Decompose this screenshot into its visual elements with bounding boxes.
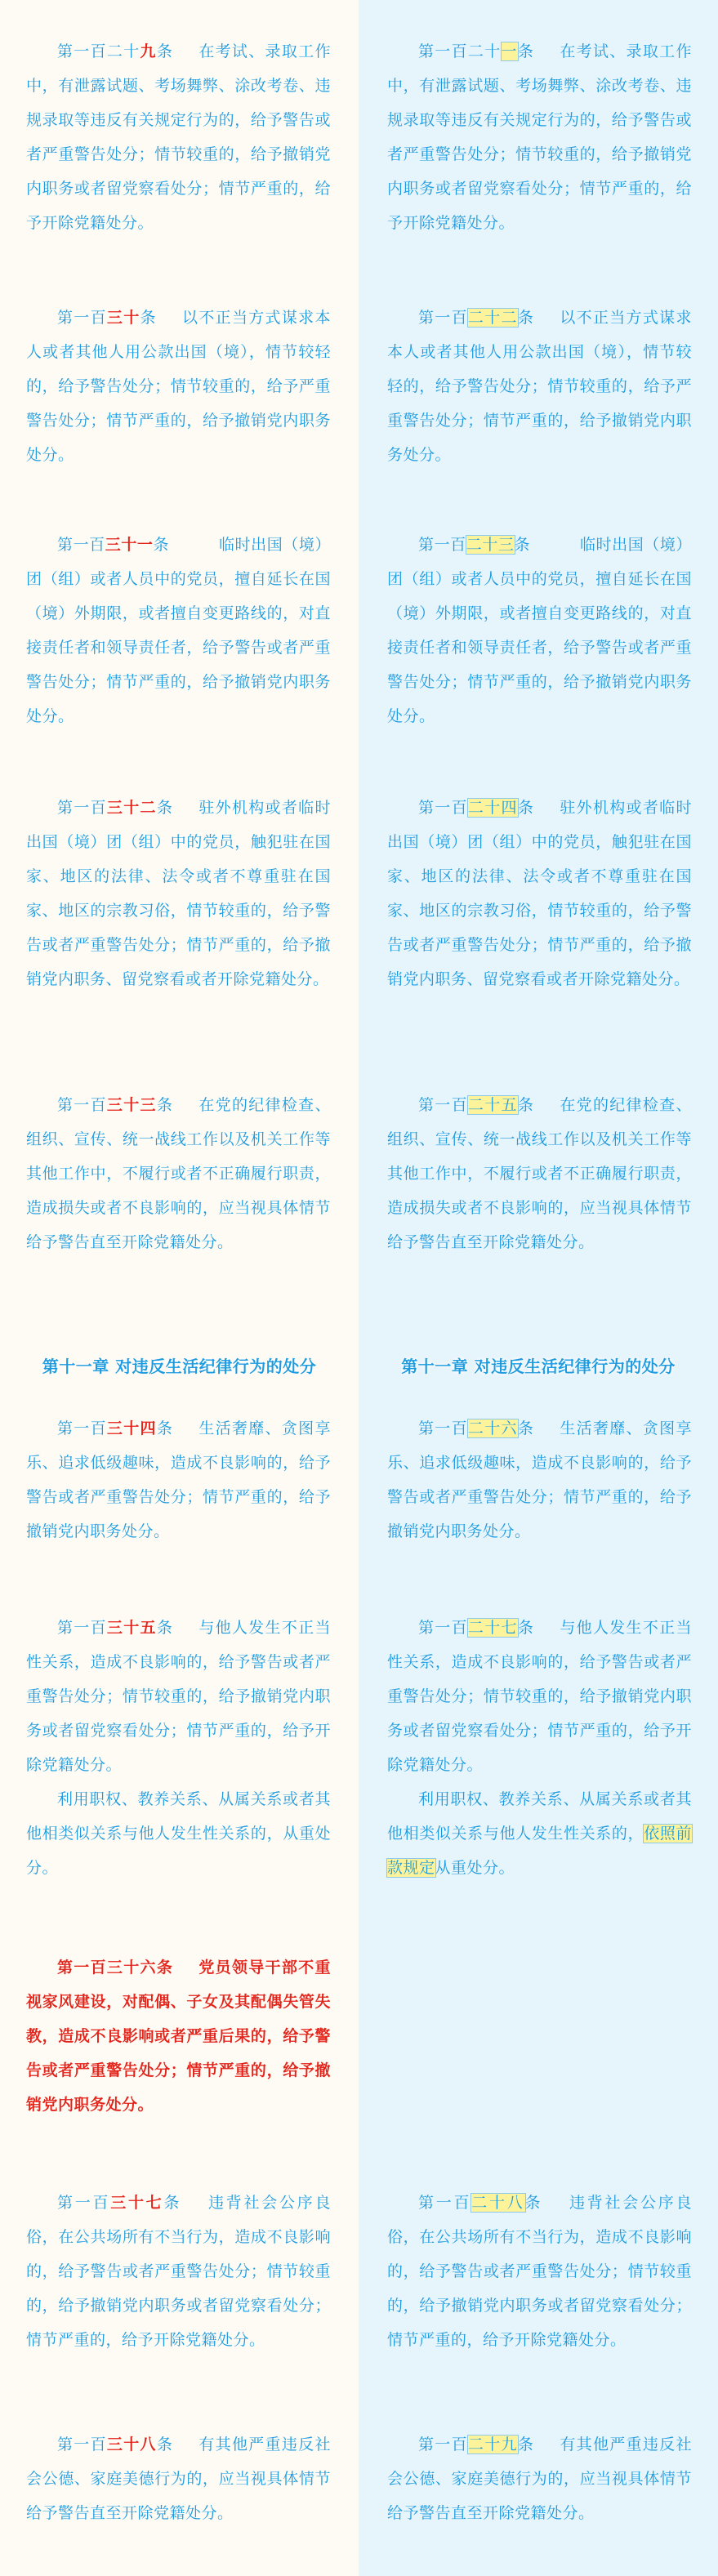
highlighted-number: 二十九 [468, 2436, 518, 2453]
article-body: 正当性关系，造成不良影响的，给予警告或者严重警告处分；情节较重的，给予撤销党内职… [387, 1619, 692, 1774]
changed-number: 三十一 [105, 536, 154, 554]
article-133: 第一百三十三条在党的纪律检查、组织、宣传、统一战线工作以及机关工作等其他工作中，… [26, 1088, 331, 1259]
article-body: 良俗，在公共场所有不当行为，造成不良影响的，给予警告或者严重警告处分；情节较重的… [26, 2194, 331, 2349]
left-column-new-version: 第一百二十九条在考试、录取工作中，有泄露试题、考场舞弊、涂改考卷、违规录取等违反… [0, 0, 359, 2576]
changed-number: 三十四 [107, 1419, 157, 1437]
changed-number: 三十 [107, 309, 140, 327]
article-128: 第一百二十八条违背社会公序良俗，在公共场所有不当行为，造成不良影响的，给予警告或… [387, 2186, 692, 2357]
article-body: 不重视家风建设，对配偶、子女及其配偶失管失教，造成不良影响或者严重后果的，给予警… [26, 1959, 331, 2114]
article-number: 第一百二十九条 [418, 2436, 534, 2453]
article-124: 第一百二十四条驻外机构或者临时出国（境）团（组）中的党员，触犯驻在国家、地区的法… [387, 791, 692, 996]
article-body: 临时出国（境）团（组）中的党员，触犯驻在国家、地区的法律、法令或者不尊重驻在国家… [387, 799, 692, 988]
changed-number: 三十五 [107, 1619, 157, 1637]
highlighted-number: 二十五 [468, 1096, 518, 1114]
article-129: 第一百二十九条在考试、录取工作中，有泄露试题、考场舞弊、涂改考卷、违规录取等违反… [26, 34, 331, 240]
chapter-title: 第十一章 对违反生活纪律行为的处分 [359, 1354, 718, 1379]
article-body: 求本人或者其他人用公款出国（境），情节较轻的，给予警告处分；情节较重的，给予严重… [26, 309, 331, 464]
article-number: 第一百二十七条 [418, 1619, 534, 1637]
article-130: 第一百三十条以不正当方式谋求本人或者其他人用公款出国（境），情节较轻的，给予警告… [26, 301, 331, 472]
article-number: 第一百二十一条 [418, 42, 534, 60]
changed-number: 三十三 [107, 1096, 157, 1114]
article-127-extra: 利用职权、教养关系、从属关系或者其他相类似关系与他人发生性关系的，依照前款规定从… [387, 1782, 692, 1885]
article-number: 第一百三十四条 [57, 1419, 173, 1437]
chapter-title: 第十一章 对违反生活纪律行为的处分 [0, 1354, 359, 1379]
article-body: 图享乐、追求低级趣味，造成不良影响的，给予警告或者严重警告处分；情节严重的，给予… [387, 1419, 692, 1540]
comparison-page: 第一百二十九条在考试、录取工作中，有泄露试题、考场舞弊、涂改考卷、违规录取等违反… [0, 0, 718, 2576]
article-127: 第一百二十七条与他人发生不正当性关系，造成不良影响的，给予警告或者严重警告处分；… [387, 1611, 692, 1885]
article-131: 第一百三十一条临时出国（境）团（组）或者人员中的党员，擅自延长在国（境）外期限，… [26, 528, 331, 733]
article-body: 正当性关系，造成不良影响的，给予警告或者严重警告处分；情节较重的，给予撤销党内职… [26, 1619, 331, 1774]
article-number: 第一百三十三条 [57, 1096, 173, 1114]
highlighted-number: 一 [502, 42, 518, 60]
article-body: 图享乐、追求低级趣味，造成不良影响的，给予警告或者严重警告处分；情节严重的，给予… [26, 1419, 331, 1540]
article-132: 第一百三十二条驻外机构或者临时出国（境）团（组）中的党员，触犯驻在国家、地区的法… [26, 791, 331, 996]
article-125: 第一百二十五条在党的纪律检查、组织、宣传、统一战线工作以及机关工作等其他工作中，… [387, 1088, 692, 1259]
article-number: 第一百三十七条 [57, 2194, 181, 2212]
article-121: 第一百二十一条在考试、录取工作中，有泄露试题、考场舞弊、涂改考卷、违规录取等违反… [387, 34, 692, 240]
article-body: （境）团（组）或者人员中的党员，擅自延长在国（境）外期限，或者擅自变更路线的，对… [26, 536, 331, 725]
article-number: 第一百三十二条 [57, 799, 173, 817]
article-number: 第一百二十三条 [418, 536, 530, 554]
article-number: 第一百三十八条 [57, 2436, 173, 2453]
article-137: 第一百三十七条违背社会公序良俗，在公共场所有不当行为，造成不良影响的，给予警告或… [26, 2186, 331, 2357]
article-136-new: 第一百三十六条党员领导干部不重视家风建设，对配偶、子女及其配偶失管失教，造成不良… [26, 1950, 331, 2122]
highlighted-number: 二十六 [468, 1419, 518, 1437]
changed-number: 三十八 [107, 2436, 157, 2453]
changed-number: 九 [140, 42, 157, 60]
highlighted-number: 二十二 [468, 309, 518, 327]
highlighted-number: 二十八 [471, 2194, 524, 2212]
article-body: 良俗，在公共场所有不当行为，造成不良影响的，给予警告或者严重警告处分；情节较重的… [387, 2194, 692, 2349]
article-body: 临时出国（境）团（组）中的党员，触犯驻在国家、地区的法律、法令或者不尊重驻在国家… [26, 799, 331, 988]
article-number: 第一百三十六条 [57, 1959, 173, 1977]
right-column-old-version: 第一百二十一条在考试、录取工作中，有泄露试题、考场舞弊、涂改考卷、违规录取等违反… [359, 0, 718, 2576]
changed-number: 三十七 [110, 2194, 163, 2212]
article-number: 第一百二十五条 [418, 1096, 534, 1114]
article-126: 第一百二十六条生活奢靡、贪图享乐、追求低级趣味，造成不良影响的，给予警告或者严重… [387, 1411, 692, 1549]
article-135: 第一百三十五条与他人发生不正当性关系，造成不良影响的，给予警告或者严重警告处分；… [26, 1611, 331, 1885]
article-138: 第一百三十八条有其他严重违反社会公德、家庭美德行为的，应当视具体情节给予警告直至… [26, 2427, 331, 2530]
article-number: 第一百二十九条 [57, 42, 173, 60]
article-number: 第一百三十一条 [57, 536, 169, 554]
article-number: 第一百二十六条 [418, 1419, 534, 1437]
article-body: （境）团（组）或者人员中的党员，擅自延长在国（境）外期限，或者擅自变更路线的，对… [387, 536, 692, 725]
highlighted-number: 二十四 [468, 799, 518, 817]
article-134: 第一百三十四条生活奢靡、贪图享乐、追求低级趣味，造成不良影响的，给予警告或者严重… [26, 1411, 331, 1549]
highlighted-number: 二十七 [468, 1619, 518, 1637]
article-number: 第一百二十四条 [418, 799, 534, 817]
article-body: 查、组织、宣传、统一战线工作以及机关工作等其他工作中，不履行或者不正确履行职责，… [26, 1096, 331, 1251]
highlighted-number: 二十三 [466, 536, 515, 554]
article-123: 第一百二十三条临时出国（境）团（组）或者人员中的党员，擅自延长在国（境）外期限，… [387, 528, 692, 733]
changed-number: 三十二 [107, 799, 157, 817]
article-135-extra: 利用职权、教养关系、从属关系或者其他相类似关系与他人发生性关系的，从重处分。 [26, 1782, 331, 1885]
article-number: 第一百二十二条 [418, 309, 534, 327]
article-129-old: 第一百二十九条有其他严重违反社会公德、家庭美德行为的，应当视具体情节给予警告直至… [387, 2427, 692, 2530]
article-122: 第一百二十二条以不正当方式谋求本人或者其他人用公款出国（境），情节较轻的，给予警… [387, 301, 692, 472]
article-number: 第一百二十八条 [418, 2194, 542, 2212]
article-body: 工作中，有泄露试题、考场舞弊、涂改考卷、违规录取等违反有关规定行为的，给予警告或… [387, 42, 692, 232]
article-body: 查、组织、宣传、统一战线工作以及机关工作等其他工作中，不履行或者不正确履行职责，… [387, 1096, 692, 1251]
article-body: 谋求本人或者其他人用公款出国（境），情节较轻的，给予警告处分；情节较重的，给予严… [387, 309, 692, 464]
article-number: 第一百三十五条 [57, 1619, 173, 1637]
article-number: 第一百三十条 [57, 309, 157, 327]
article-body: 工作中，有泄露试题、考场舞弊、涂改考卷、违规录取等违反有关规定行为的，给予警告或… [26, 42, 331, 232]
